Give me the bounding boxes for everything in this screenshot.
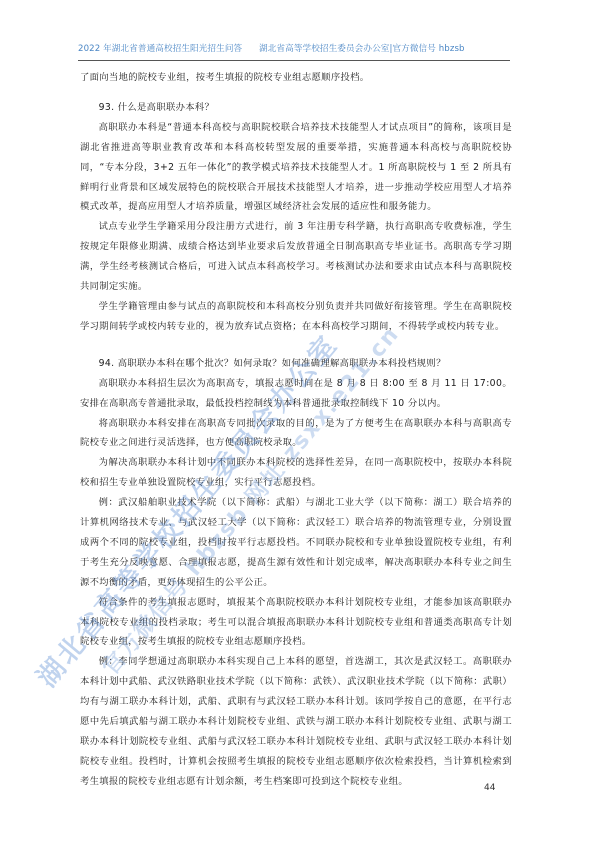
document-page: 2022 年湖北省普通高校招生阳光招生问答 湖北省高等学校招生委员会办公室|官方… — [0, 0, 595, 841]
page-number: 44 — [484, 783, 495, 793]
question-93-heading: 93. 什么是高职联办本科？ — [80, 98, 512, 118]
paragraph: 高职联办本科是“普通本科高校与高职院校联合培养技术技能型人才试点项目”的简称，该… — [80, 118, 512, 218]
paragraph: 试点专业学生学籍采用分段注册方式进行，前 3 年注册专科学籍，执行高职高专收费标… — [80, 217, 512, 297]
paragraph: 符合条件的考生填报志愿时，填报某个高职院校联办本科计划院校专业组，才能参加该高职… — [80, 593, 512, 653]
question-94-heading: 94. 高职联办本科在哪个批次？如何录取？如何准确理解高职联办本科投档规则？ — [80, 354, 512, 374]
paragraph: 将高职联办本科安排在高职高专同批次录取的目的，是为了方便考生在高职联办本科与高职… — [80, 414, 512, 454]
paragraph: 例：李同学想通过高职联办本科实现自己上本科的愿望，首选湖工，其次是武汉轻工。高职… — [80, 652, 512, 791]
document-body: 了面向当地的院校专业组，按考生填报的院校专业组志愿顺序投档。 93. 什么是高职… — [80, 68, 512, 792]
paragraph: 为解决高职联办本科计划中不同联办本科院校的选择性差异，在同一高职院校中，按联办本… — [80, 453, 512, 493]
header-publisher: 湖北省高等学校招生委员会办公室|官方微信号 hbzsb — [259, 42, 465, 54]
paragraph: 例：武汉船舶职业技术学院（以下简称：武船）与湖北工业大学（以下简称：湖工）联合培… — [80, 493, 512, 593]
paragraph: 学生学籍管理由参与试点的高职院校和本科高校分别负责并共同做好衔接管理。学生在高职… — [80, 297, 512, 337]
paragraph-intro-tail: 了面向当地的院校专业组，按考生填报的院校专业组志愿顺序投档。 — [80, 68, 512, 88]
header-title: 2022 年湖北省普通高校招生阳光招生问答 — [78, 42, 242, 54]
paragraph: 高职联办本科招生层次为高职高专，填报志愿时间在是 8 月 8 日 8:00 至 … — [80, 374, 512, 414]
page-header: 2022 年湖北省普通高校招生阳光招生问答 湖北省高等学校招生委员会办公室|官方… — [78, 42, 510, 61]
